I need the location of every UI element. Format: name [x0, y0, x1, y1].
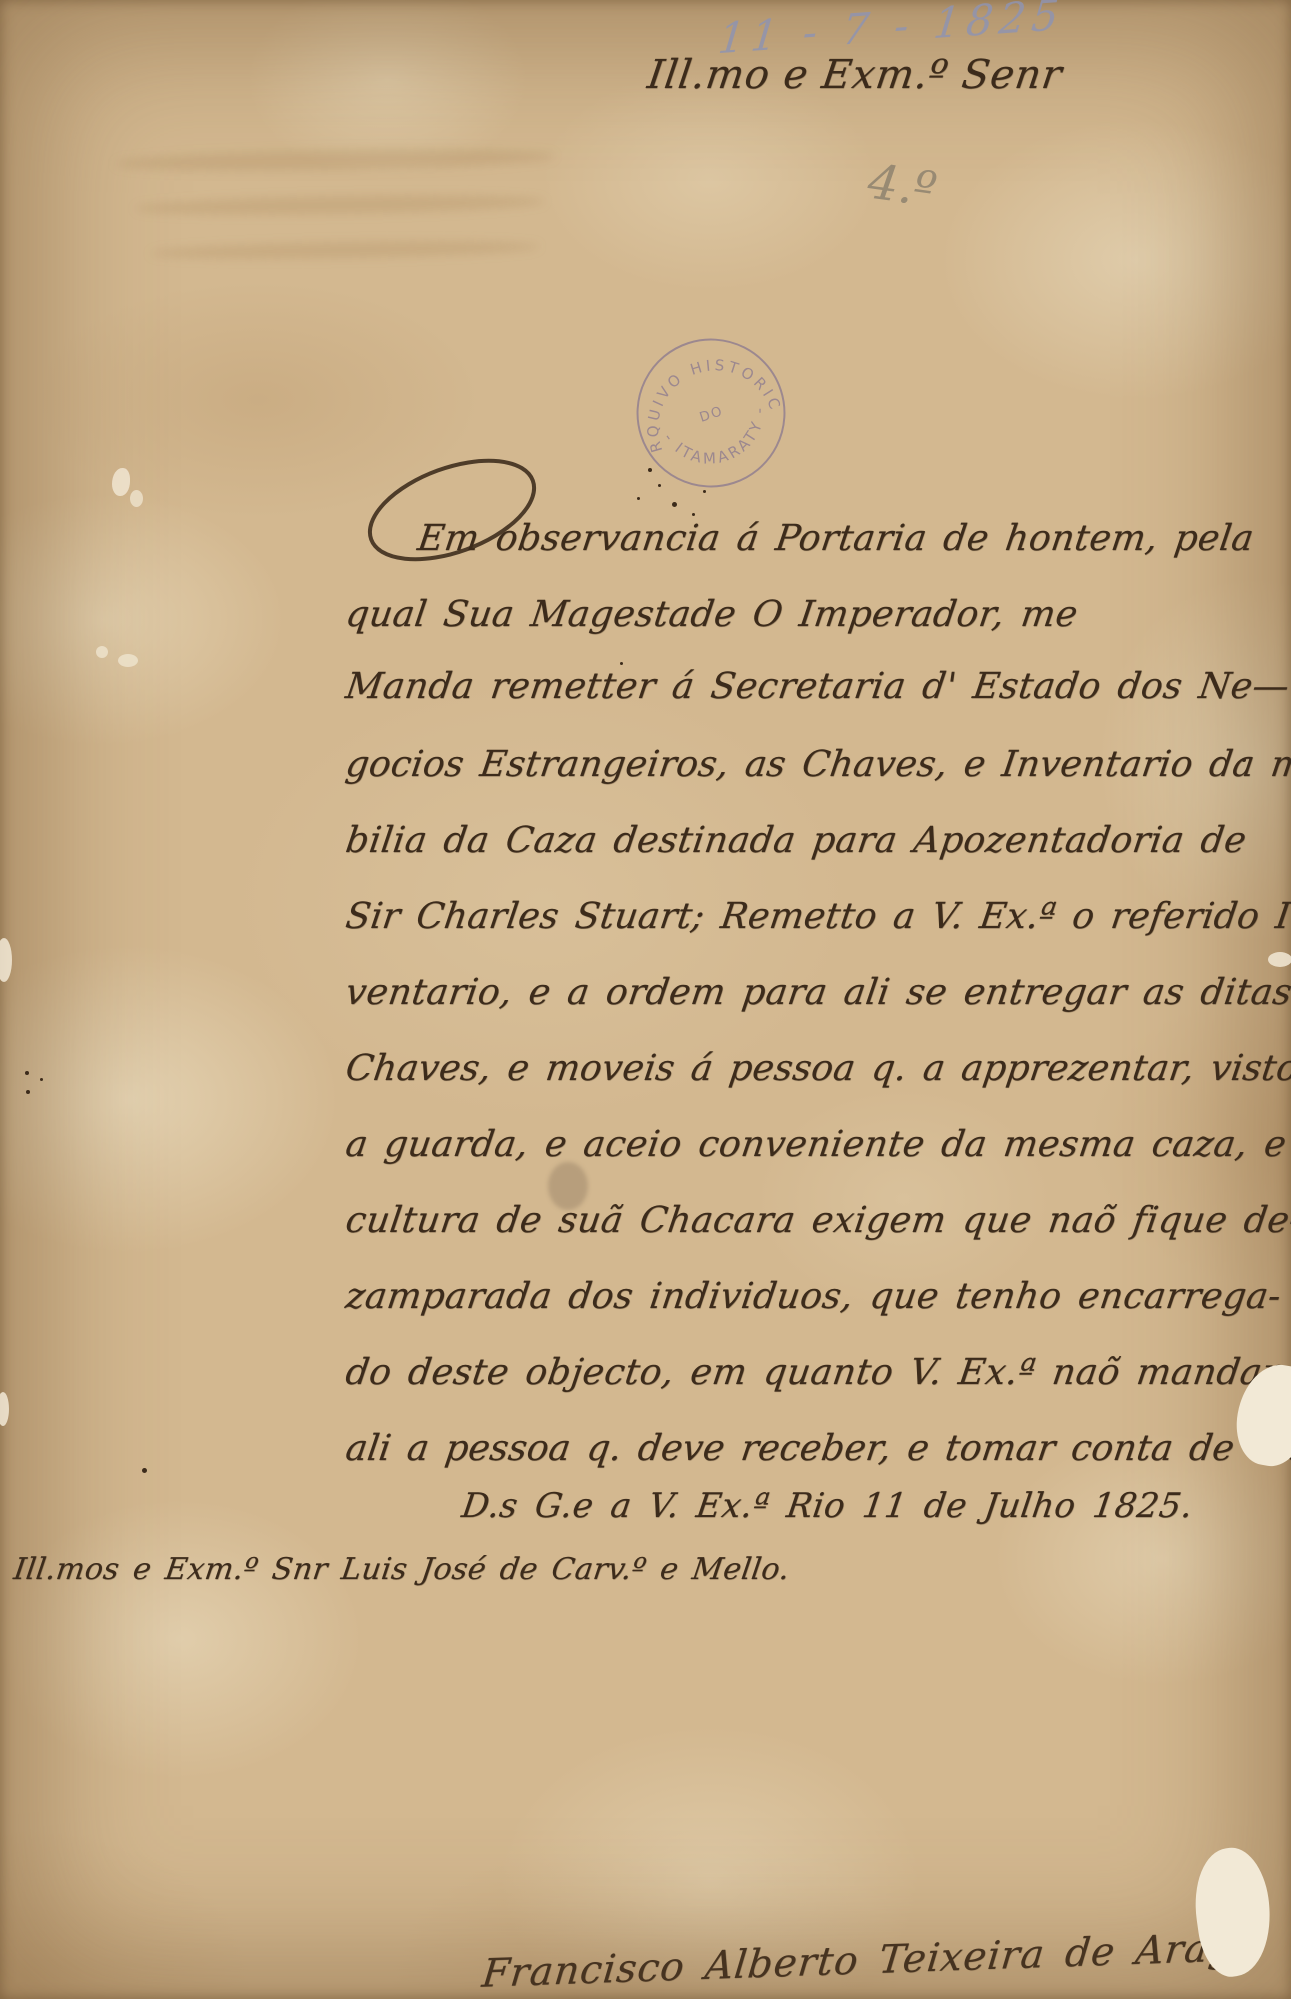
bleed-through-smudge: [150, 239, 540, 262]
damage-patch: [112, 468, 130, 496]
ink-speck: [620, 662, 623, 665]
scanned-letter-page: 11 - 7 - 1825 4.º Ill.mo e Exm.º Senr AR…: [0, 0, 1291, 1999]
ink-speck: [703, 490, 706, 493]
archive-stamp: ARQUIVO HISTORICO - ITAMARATY - DO: [611, 313, 810, 512]
body-line: gocios Estrangeiros, as Chaves, e Invent…: [343, 744, 1291, 785]
body-line: cultura de suã Chacara exigem que naõ fi…: [343, 1200, 1291, 1241]
damage-patch: [96, 646, 108, 658]
body-line: zamparada dos individuos, que tenho enca…: [343, 1276, 1284, 1317]
closing-line: D.s G.e a V. Ex.ª Rio 11 de Julho 1825.: [459, 1486, 1195, 1526]
ink-speck: [142, 1468, 147, 1473]
body-line: a guarda, e aceio conveniente da mesma c…: [343, 1124, 1289, 1165]
damage-patch: [130, 490, 143, 507]
pencil-number-annotation: 4.º: [864, 154, 940, 219]
body-line: do deste objecto, em quanto V. Ex.ª naõ …: [343, 1352, 1283, 1393]
addressee-line: Ill.mos e Exm.º Snr Luis José de Carv.º …: [12, 1552, 792, 1587]
ink-speck: [648, 468, 652, 472]
salutation: Ill.mo e Exm.º Senr: [645, 52, 1066, 98]
body-line: Manda remetter á Secretaria d' Estado do…: [343, 666, 1291, 707]
damage-patch: [0, 938, 12, 982]
ink-speck: [1242, 758, 1246, 762]
ink-speck: [672, 502, 677, 507]
body-line: qual Sua Magestade O Imperador, me: [343, 594, 1080, 635]
bleed-through-smudge: [115, 146, 555, 174]
body-line: ventario, e a ordem para ali se entregar…: [343, 972, 1291, 1013]
ink-speck: [40, 1078, 43, 1081]
ink-speck: [26, 1090, 30, 1094]
body-line: Chaves, e moveis á pessoa q. a apprezent…: [343, 1048, 1291, 1089]
body-line: bilia da Caza destinada para Apozentador…: [343, 820, 1249, 861]
damage-patch: [0, 1392, 9, 1426]
body-line: Em observancia á Portaria de hontem, pel…: [415, 518, 1256, 559]
ink-speck: [637, 497, 640, 500]
stamp-center-text: DO: [698, 404, 726, 426]
bleed-through-smudge: [135, 192, 545, 217]
damage-patch: [1268, 952, 1291, 967]
signature: Francisco Alberto Teixeira de Arag.º: [480, 1924, 1270, 1997]
ink-speck: [25, 1071, 29, 1075]
ink-speck: [692, 513, 695, 516]
body-line: ali a pessoa q. deve receber, e tomar co…: [343, 1428, 1291, 1469]
damage-patch: [118, 654, 138, 667]
ink-speck: [658, 484, 661, 487]
body-line: Sir Charles Stuart; Remetto a V. Ex.ª o …: [343, 896, 1291, 937]
